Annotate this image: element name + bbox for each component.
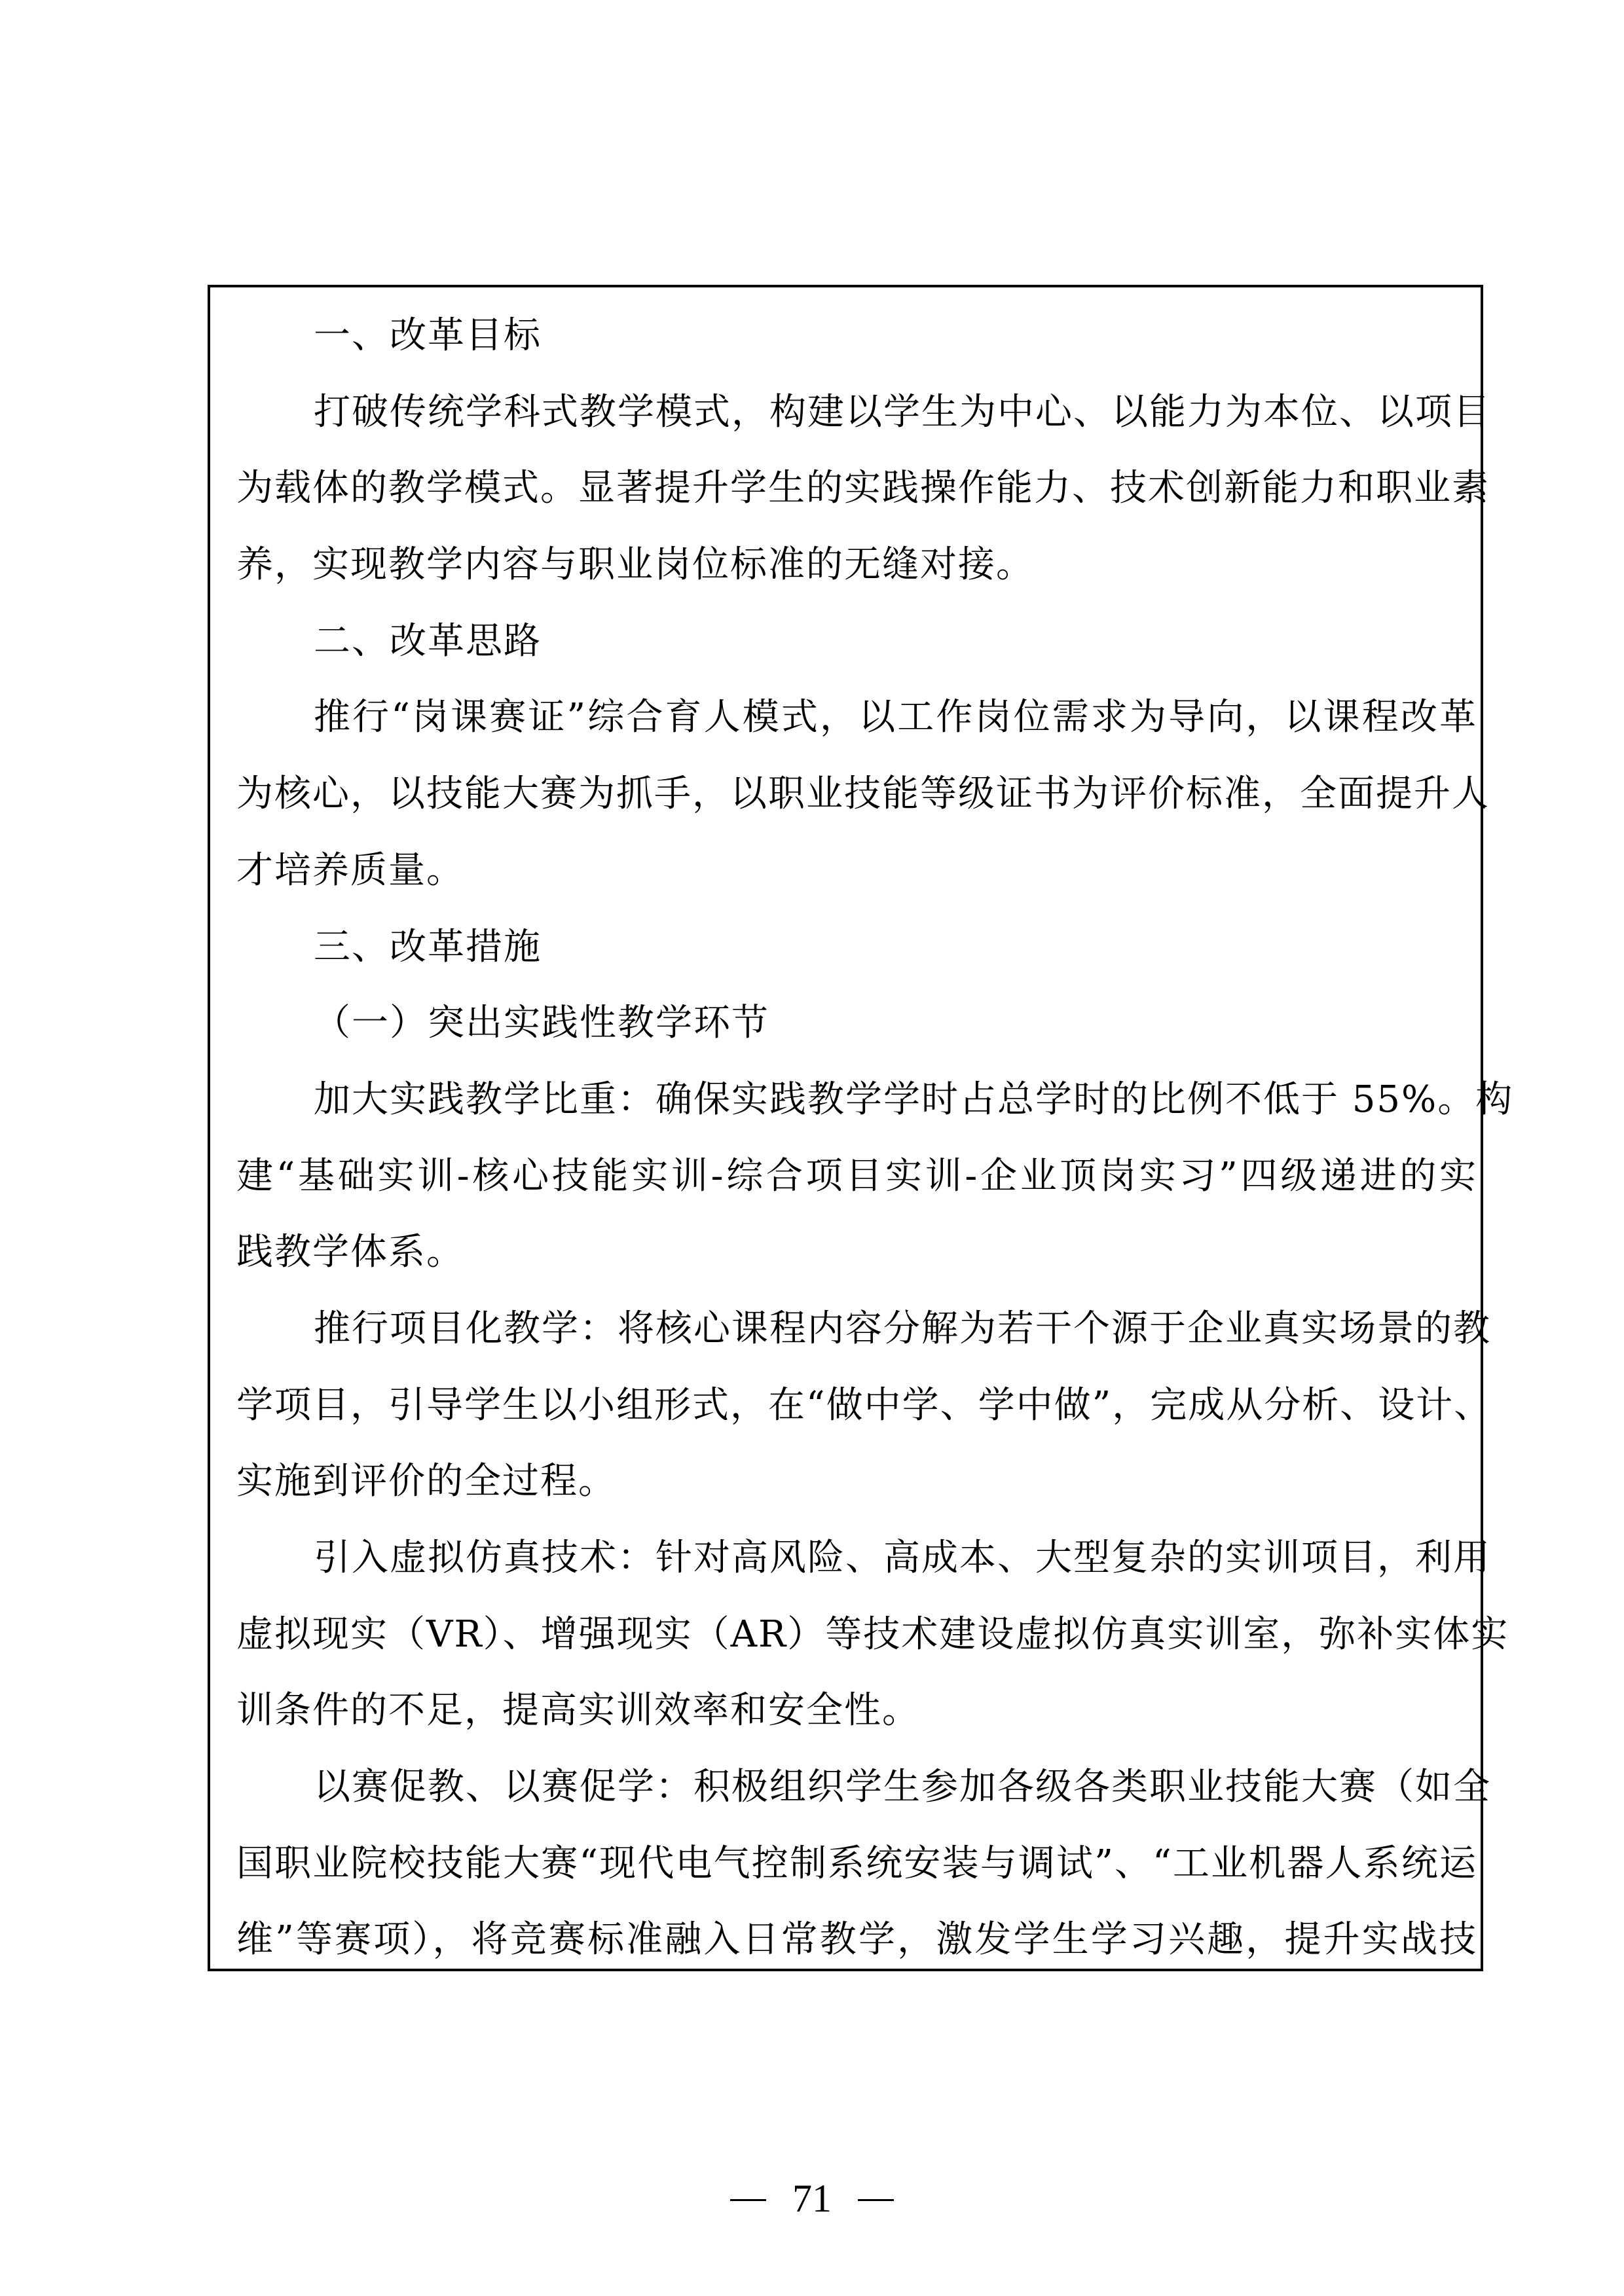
footer-dash-left xyxy=(730,2199,766,2201)
paragraph-line: 实施到评价的全过程。 xyxy=(236,1444,1481,1520)
paragraph-practice-ratio: 加大实践教学比重：确保实践教学学时占总学时的比例不低于 55%。构 建“基础实训… xyxy=(236,1062,1481,1291)
footer-dash-right xyxy=(858,2199,894,2201)
paragraph-goals: 打破传统学科式教学模式，构建以学生为中心、以能力为本位、以项目 为载体的教学模式… xyxy=(236,374,1481,604)
section-heading-goals: 一、改革目标 xyxy=(236,298,1481,374)
paragraph-line: 学项目，引导学生以小组形式，在“做中学、学中做”，完成从分析、设计、 xyxy=(236,1368,1477,1444)
paragraph-line: 加大实践教学比重：确保实践教学学时占总学时的比例不低于 55%。构 xyxy=(236,1062,1477,1139)
paragraph-line: 训条件的不足，提高实训效率和安全性。 xyxy=(236,1673,1481,1749)
section-heading-measures: 三、改革措施 xyxy=(236,909,1481,986)
paragraph-line: 以赛促教、以赛促学：积极组织学生参加各级各类职业技能大赛（如全 xyxy=(236,1749,1477,1826)
paragraph-approach: 推行“岗课赛证”综合育人模式，以工作岗位需求为导向，以课程改革 为核心，以技能大… xyxy=(236,680,1481,909)
paragraph-line: 国职业院校技能大赛“现代电气控制系统安装与调试”、“工业机器人系统运 xyxy=(236,1826,1477,1903)
paragraph-line: 养，实现教学内容与职业岗位标准的无缝对接。 xyxy=(236,527,1481,604)
paragraph-line: 建“基础实训-核心技能实训-综合项目实训-企业顶岗实习”四级递进的实 xyxy=(236,1139,1477,1215)
paragraph-line: 引入虚拟仿真技术：针对高风险、高成本、大型复杂的实训项目，利用 xyxy=(236,1520,1477,1597)
page-number: 71 xyxy=(792,2177,832,2220)
paragraph-line: 才培养质量。 xyxy=(236,833,1481,909)
content-frame: 一、改革目标 打破传统学科式教学模式，构建以学生为中心、以能力为本位、以项目 为… xyxy=(208,285,1483,1971)
document-body: 一、改革目标 打破传统学科式教学模式，构建以学生为中心、以能力为本位、以项目 为… xyxy=(236,298,1481,1978)
paragraph-line: 践教学体系。 xyxy=(236,1214,1481,1291)
paragraph-line: 维”等赛项），将竞赛标准融入日常教学，激发学生学习兴趣，提升实战技 xyxy=(236,1902,1477,1978)
paragraph-project-teaching: 推行项目化教学：将核心课程内容分解为若干个源于企业真实场景的教 学项目，引导学生… xyxy=(236,1291,1481,1520)
section-heading-approach: 二、改革思路 xyxy=(236,604,1481,680)
paragraph-line: 推行“岗课赛证”综合育人模式，以工作岗位需求为导向，以课程改革 xyxy=(236,680,1477,756)
paragraph-virtual-simulation: 引入虚拟仿真技术：针对高风险、高成本、大型复杂的实训项目，利用 虚拟现实（VR）… xyxy=(236,1520,1481,1749)
paragraph-line: 推行项目化教学：将核心课程内容分解为若干个源于企业真实场景的教 xyxy=(236,1291,1477,1368)
paragraph-line: 虚拟现实（VR）、增强现实（AR）等技术建设虚拟仿真实训室，弥补实体实 xyxy=(236,1597,1477,1673)
paragraph-line: 为载体的教学模式。显著提升学生的实践操作能力、技术创新能力和职业素 xyxy=(236,450,1477,527)
subsection-heading-practice: （一）突出实践性教学环节 xyxy=(236,985,1481,1062)
paragraph-line: 为核心，以技能大赛为抓手，以职业技能等级证书为评价标准，全面提升人 xyxy=(236,756,1477,833)
page-footer: 71 xyxy=(0,2172,1624,2225)
paragraph-line: 打破传统学科式教学模式，构建以学生为中心、以能力为本位、以项目 xyxy=(236,374,1477,451)
paragraph-competitions: 以赛促教、以赛促学：积极组织学生参加各级各类职业技能大赛（如全 国职业院校技能大… xyxy=(236,1749,1481,1978)
